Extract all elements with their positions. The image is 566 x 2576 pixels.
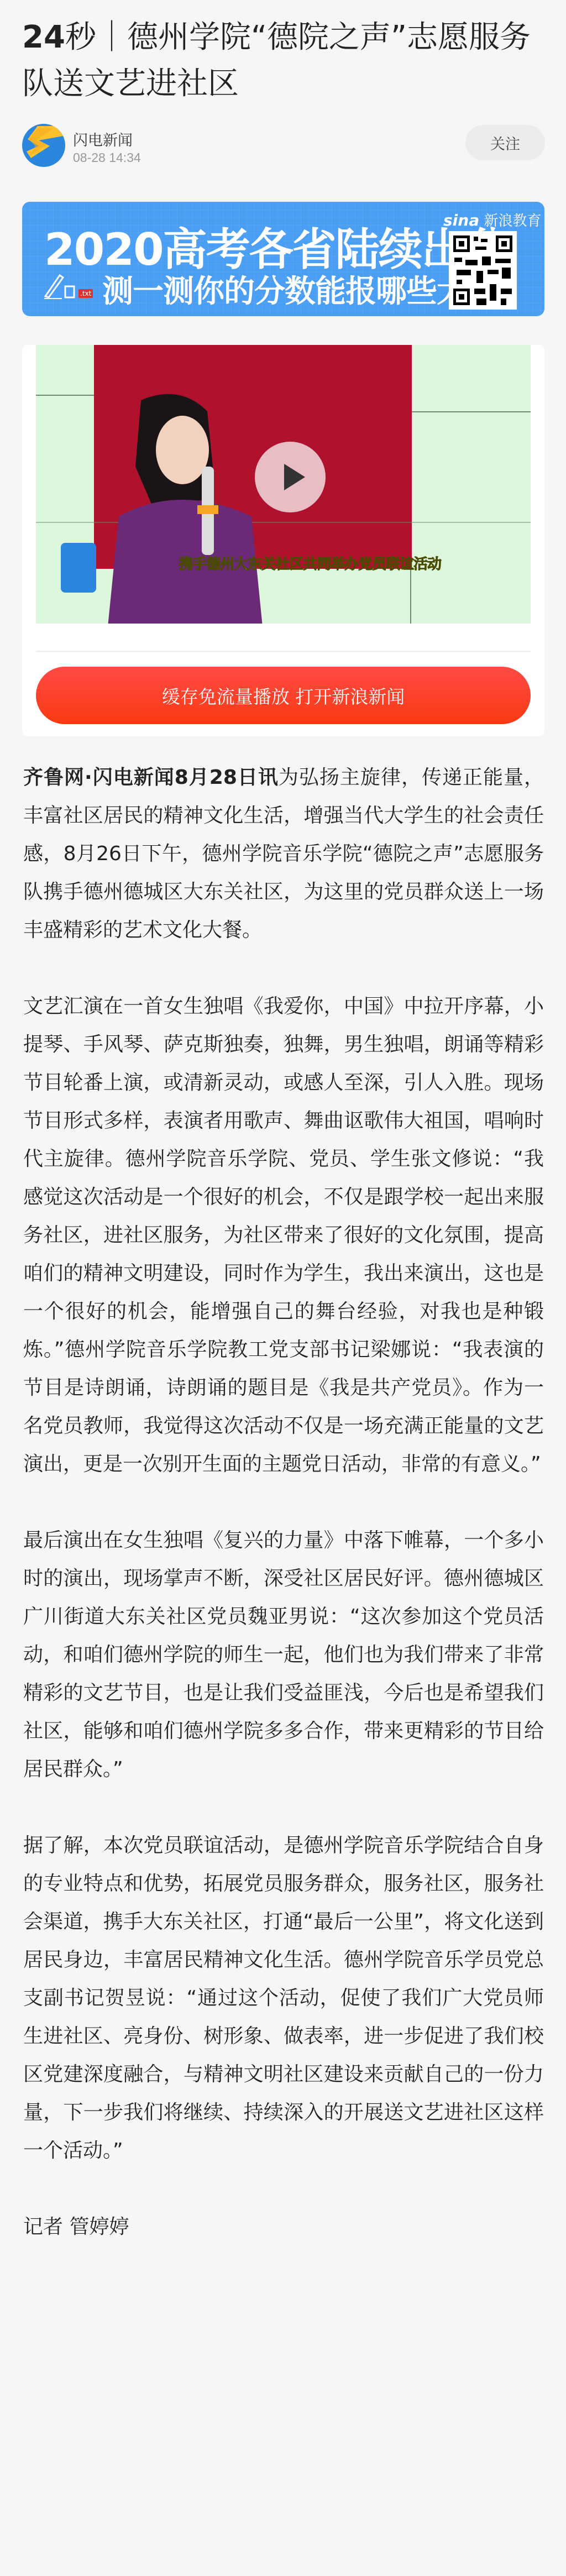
title-duration: 24 [22, 19, 65, 55]
channel-watermark [61, 543, 96, 593]
lead-text: 为弘扬主旋律，传递正能量，丰富社区居民的精神文化生活，增强当代大学生的社会责任感… [23, 766, 544, 941]
play-icon[interactable] [255, 442, 326, 512]
video-wall-line [410, 566, 411, 624]
pen-icon [43, 272, 75, 300]
article-paragraph: 最后演出在女生独唱《复兴的力量》中落下帷幕，一个多小时的演出，现场掌声不断，深受… [23, 1521, 544, 1788]
author-bar: 闪电新闻 08-28 14:34 关注 [22, 124, 545, 168]
author-name[interactable]: 闪电新闻 [73, 128, 133, 150]
dateline: 齐鲁网·闪电新闻8月28日讯 [23, 766, 279, 789]
lightning-logo-icon[interactable] [22, 124, 65, 167]
follow-button[interactable]: 关注 [465, 125, 545, 160]
title-text: 秒｜德州学院“德院之声”志愿服务队送文艺进社区 [22, 19, 531, 102]
video-player[interactable]: 携手德州大东关社区共同举办党员联谊活动 [36, 345, 531, 624]
byline: 记者 管婷婷 [23, 2208, 544, 2246]
video-wall-line [412, 411, 531, 412]
qr-code-icon [449, 231, 517, 310]
article-paragraph: 文艺汇演在一首女生独唱《我爱你，中国》中拉开序幕，小提琴、手风琴、萨克斯独奏，独… [23, 987, 544, 1483]
article-title: 24秒｜德州学院“德院之声”志愿服务队送文艺进社区 [22, 14, 547, 107]
video-wall-line [36, 395, 94, 396]
divider [36, 651, 531, 652]
open-app-button[interactable]: 缓存免流量播放 打开新浪新闻 [36, 667, 531, 724]
sina-logo: sina 新浪教育 [443, 210, 541, 230]
txt-tag: .txt [78, 289, 93, 298]
ad-banner[interactable]: 2020高考各省陆续出分 .txt 测一测你的分数能报哪些大学？ sina 新浪… [22, 202, 544, 316]
article-lead: 齐鲁网·闪电新闻8月28日讯为弘扬主旋律，传递正能量，丰富社区居民的精神文化生活… [23, 758, 544, 949]
article-body: 齐鲁网·闪电新闻8月28日讯为弘扬主旋律，传递正能量，丰富社区居民的精神文化生活… [23, 758, 544, 2246]
publish-date: 08-28 14:34 [73, 150, 141, 165]
video-card: 携手德州大东关社区共同举办党员联谊活动 缓存免流量播放 打开新浪新闻 [22, 345, 544, 736]
video-person [97, 389, 296, 624]
brand-name: 新浪教育 [484, 213, 541, 229]
sina-wordmark: sina [443, 211, 479, 229]
video-caption: 携手德州大东关社区共同举办党员联谊活动 [179, 553, 441, 573]
article-paragraph: 据了解，本次党员联谊活动，是德州学院音乐学院结合自身的专业特点和优势，拓展党员服… [23, 1826, 544, 2170]
